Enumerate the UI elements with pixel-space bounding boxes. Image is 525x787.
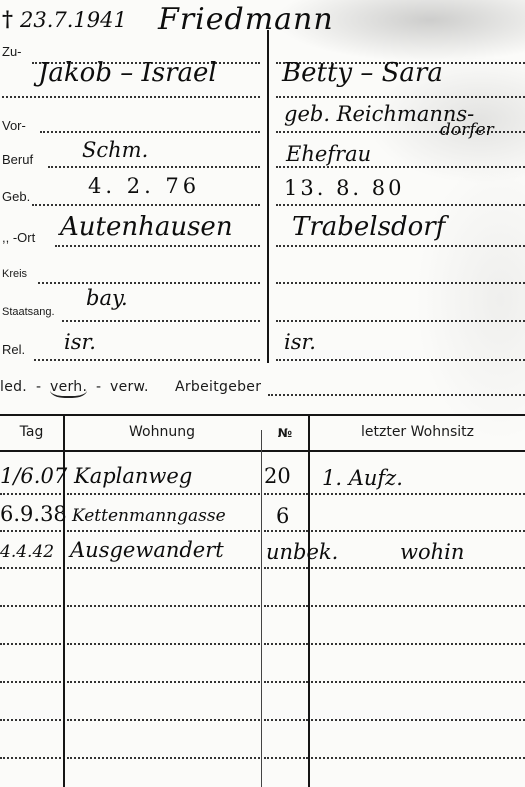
dotted-line (311, 719, 525, 721)
spouse-beruf: Ehefrau (286, 142, 371, 166)
spouse-maiden-name-cont: dorfer (440, 120, 494, 140)
dotted-line (311, 643, 525, 645)
row-tag: 1/6.07 (0, 464, 67, 488)
dotted-line (268, 394, 525, 396)
row-nr: 20 (264, 464, 291, 488)
table-column-divider (261, 430, 262, 787)
dotted-line (264, 681, 308, 683)
person-first-names: Jakob – Israel (38, 58, 217, 88)
dotted-line (67, 493, 260, 495)
row-nr: 6 (276, 504, 289, 528)
status-verwitwet: verw. (110, 379, 149, 395)
dotted-line (40, 131, 260, 133)
person-birth-place: Autenhausen (60, 212, 233, 242)
dotted-line (55, 245, 260, 247)
status-verheiratet: verh. (50, 379, 87, 398)
label-vor: Vor- (2, 118, 26, 133)
row-tag: 6.9.38 (0, 502, 67, 526)
dotted-line (276, 204, 525, 206)
dotted-line (38, 282, 260, 284)
status-ledig: led. (0, 379, 27, 395)
dotted-line (276, 359, 525, 361)
label-kreis: Kreis (2, 268, 27, 280)
dotted-line (48, 166, 260, 168)
row-wohnung: Ausgewandert (70, 538, 224, 562)
spouse-religion: isr. (284, 330, 316, 354)
death-date: 23.7.1941 (20, 8, 127, 32)
spouse-birth-date: 13. 8. 80 (284, 176, 405, 200)
label-zu: Zu- (2, 44, 22, 59)
dotted-line (67, 681, 260, 683)
dotted-line (67, 719, 260, 721)
dotted-line (276, 96, 525, 98)
table-header-border (0, 450, 525, 452)
dotted-line (34, 359, 260, 361)
dotted-line (67, 530, 260, 532)
row-letzter-wohnsitz: wohin (400, 540, 464, 564)
dotted-line (264, 567, 308, 569)
dotted-line (311, 757, 525, 759)
surname: Friedmann (158, 2, 334, 37)
label-arbeitgeber: Arbeitgeber (175, 379, 261, 395)
dotted-line (32, 204, 260, 206)
dotted-line (311, 567, 525, 569)
dotted-line (67, 605, 260, 607)
label-rel: Rel. (2, 342, 25, 357)
label-staatsang: Staatsang. (2, 306, 55, 318)
dotted-line (264, 530, 308, 532)
dotted-line (0, 530, 61, 532)
dotted-line (0, 643, 61, 645)
dotted-line (311, 530, 525, 532)
row-nr: unbek. (266, 540, 338, 564)
spouse-birth-place: Trabelsdorf (292, 212, 445, 242)
person-birth-date: 4. 2. 76 (88, 174, 200, 198)
table-header-nr: № (262, 426, 308, 440)
label-geb: Geb. (2, 189, 30, 204)
dotted-line (0, 493, 61, 495)
column-divider (267, 30, 269, 363)
status-separator: - (96, 379, 101, 395)
dotted-line (67, 567, 260, 569)
person-religion: isr. (64, 330, 96, 354)
person-nationality: bay. (86, 286, 128, 310)
dotted-line (0, 757, 61, 759)
dotted-line (264, 493, 308, 495)
dotted-line (264, 757, 308, 759)
table-column-divider (308, 415, 310, 787)
status-separator: - (36, 379, 41, 395)
dotted-line (276, 166, 525, 168)
label-ort: ,, -Ort (2, 230, 35, 245)
spouse-first-names: Betty – Sara (282, 58, 443, 88)
row-letzter-wohnsitz: 1. Aufz. (322, 466, 403, 490)
person-beruf: Schm. (82, 138, 148, 162)
dotted-line (0, 605, 61, 607)
row-tag: 4.4.42 (0, 542, 54, 562)
dotted-line (311, 493, 525, 495)
table-header-wohnung: Wohnung (64, 424, 260, 440)
dotted-line (276, 245, 525, 247)
dotted-line (264, 643, 308, 645)
row-wohnung: Kettenmanngasse (72, 506, 226, 526)
dotted-line (264, 719, 308, 721)
row-wohnung: Kaplanweg (74, 464, 192, 488)
dotted-line (276, 282, 525, 284)
dotted-line (0, 567, 61, 569)
dotted-line (276, 320, 525, 322)
dotted-line (62, 320, 260, 322)
dotted-line (2, 96, 260, 98)
dotted-line (264, 605, 308, 607)
registration-card: † 23.7.1941 Friedmann Zu- Vor- Beruf Geb… (0, 0, 525, 787)
dotted-line (0, 681, 61, 683)
table-top-border (0, 414, 525, 416)
death-cross-mark: † (2, 6, 13, 31)
label-beruf: Beruf (2, 152, 33, 167)
table-header-tag: Tag (0, 424, 63, 440)
dotted-line (311, 605, 525, 607)
dotted-line (311, 681, 525, 683)
table-header-letzter-wohnsitz: letzter Wohnsitz (310, 424, 525, 440)
dotted-line (67, 643, 260, 645)
dotted-line (0, 719, 61, 721)
dotted-line (67, 757, 260, 759)
